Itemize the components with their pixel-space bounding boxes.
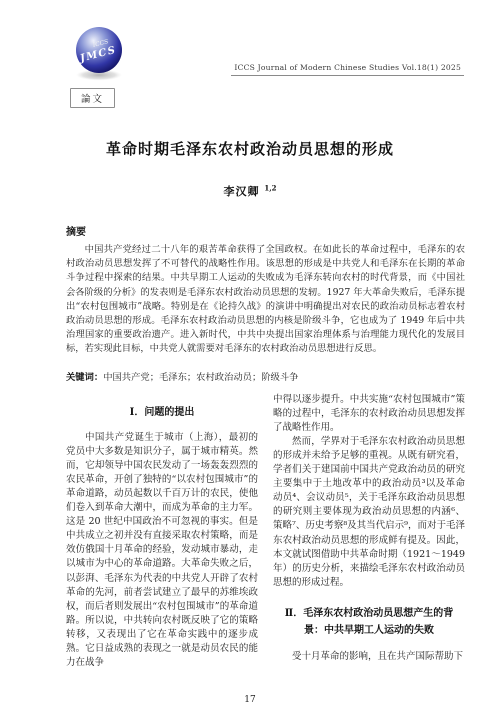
right-column: 中得以逐步提升。中共实施“农村包围城市”策略的过程中，毛泽东的农村政治动员思想发… xyxy=(273,393,465,671)
literature-review-paragraph: 然而，学界对于毛泽东农村政治动员思想的形成并未给予足够的重视。从既有研究看，学者… xyxy=(273,435,465,590)
abstract-text: 中国共产党经过二十八年的艰苦革命获得了全国政权。在如此长的革命过程中，毛泽东的农… xyxy=(66,243,465,357)
journal-logo: ICCS JMCS xyxy=(68,24,130,82)
left-column: Ⅰ．问题的提出 中国共产党诞生于城市（上海），最初的党员中大多数是知识分子，属于… xyxy=(66,393,258,671)
continuation-paragraph: 中得以逐步提升。中共实施“农村包围城市”策略的过程中，毛泽东的农村政治动员思想发… xyxy=(273,393,465,435)
paper-title: 革命时期毛泽东农村政治动员思想的形成 xyxy=(40,138,460,159)
section-2-paragraph: 受十月革命的影响，且在共产国际帮助下 xyxy=(273,650,465,664)
author-affiliation-marks: 1,2 xyxy=(264,183,276,192)
author-name: 李汉卿 xyxy=(223,185,259,198)
author-line: 李汉卿 1,2 xyxy=(0,183,500,199)
abstract-heading: 摘要 xyxy=(66,223,500,238)
journal-title-header: ICCS Journal of Modern Chinese Studies V… xyxy=(231,63,464,76)
keywords-line: 关键词：中国共产党；毛泽东；农村政治动员；阶级斗争 xyxy=(66,369,465,383)
logo-sphere-icon: ICCS JMCS xyxy=(68,24,130,82)
section-1-heading: Ⅰ．问题的提出 xyxy=(70,404,254,421)
article-type-badge: 論文 xyxy=(70,88,115,108)
keywords-text: 中国共产党；毛泽东；农村政治动员；阶级斗争 xyxy=(103,372,298,383)
section-1-paragraph: 中国共产党诞生于城市（上海），最初的党员中大多数是知识分子，属于城市精英。然而，… xyxy=(66,431,258,671)
page-header: ICCS JMCS ICCS Journal of Modern Chinese… xyxy=(0,0,500,86)
page-number: 17 xyxy=(0,695,500,705)
keywords-label: 关键词： xyxy=(66,372,103,383)
section-2-heading: Ⅱ．毛泽东农村政治动员思想产生的背景：中共早期工人运动的失败 xyxy=(275,605,463,639)
document-page: ICCS JMCS ICCS Journal of Modern Chinese… xyxy=(0,0,500,707)
two-column-body: Ⅰ．问题的提出 中国共产党诞生于城市（上海），最初的党员中大多数是知识分子，属于… xyxy=(66,393,465,671)
